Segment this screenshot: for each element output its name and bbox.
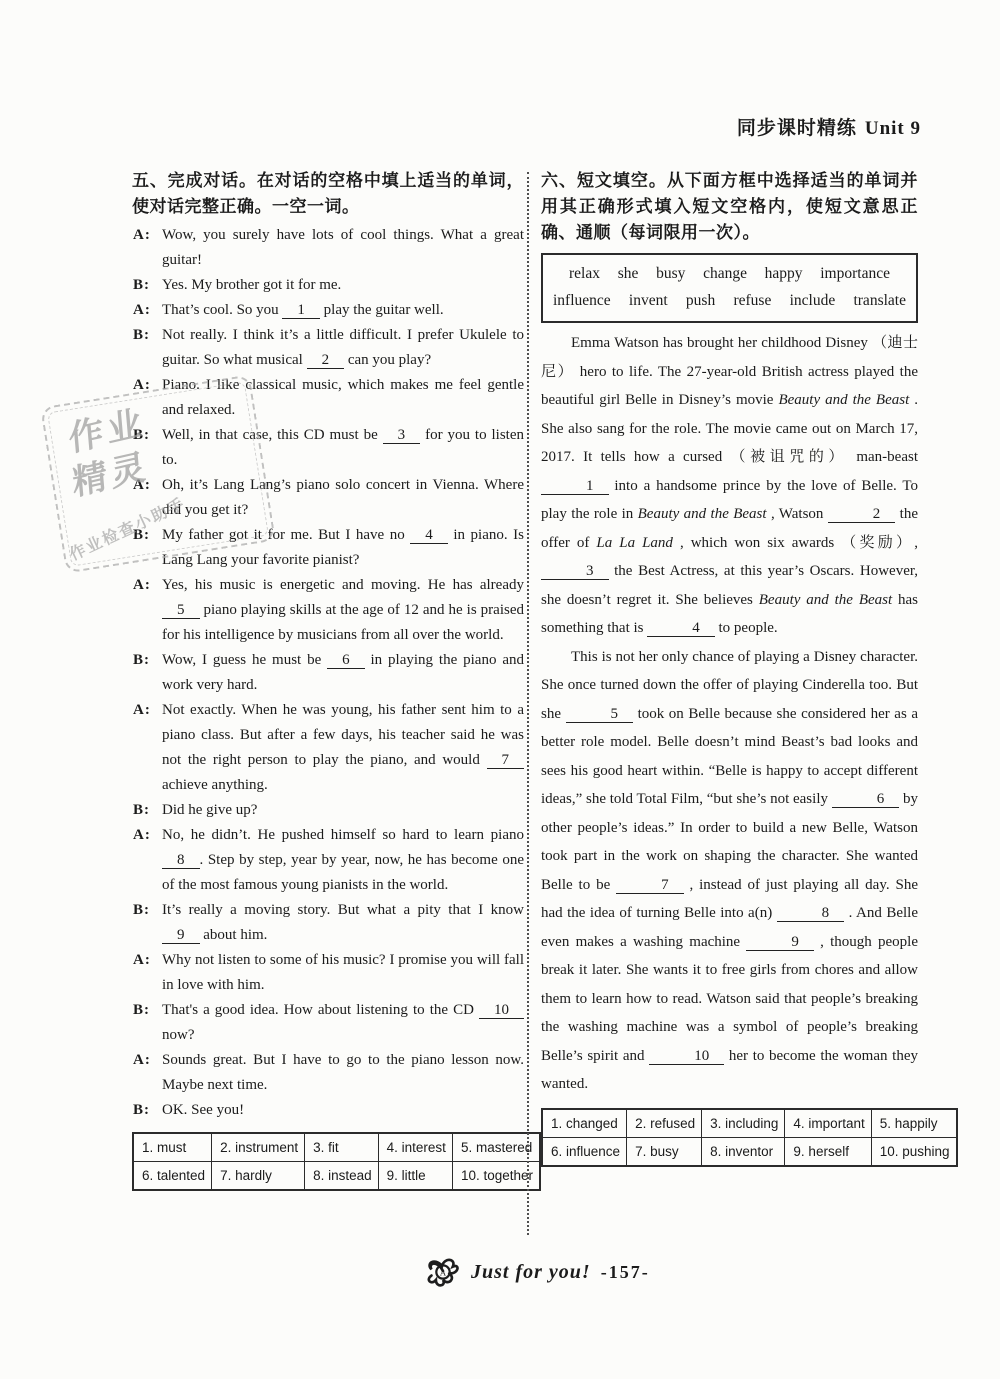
speaker-label: A: bbox=[133, 373, 151, 398]
blank-4: 4 bbox=[410, 527, 448, 544]
turn-text: Sounds great. But I have to go to the pi… bbox=[162, 1052, 524, 1093]
dialogue-turn: A:Not exactly. When he was young, his fa… bbox=[132, 698, 524, 798]
turn-text: Oh, it’s Lang Lang’s piano solo concert … bbox=[162, 477, 524, 518]
page-number: -157- bbox=[601, 1262, 650, 1283]
turn-text: OK. See you! bbox=[162, 1102, 244, 1118]
speaker-label: A: bbox=[133, 1048, 151, 1073]
blank-6: 6 bbox=[832, 791, 900, 808]
word-bank-word: happy bbox=[765, 260, 803, 287]
right-column: 六、短文填空。从下面方框中选择适当的单词并用其正确形式填入短文空格内，使短文意思… bbox=[541, 168, 918, 1167]
word-bank-word: influence bbox=[553, 287, 611, 314]
answer-cell: 3. including bbox=[702, 1109, 785, 1138]
dialogue-turn: B:Not really. I think it’s a little diff… bbox=[132, 323, 524, 373]
word-bank-word: refuse bbox=[733, 287, 771, 314]
dialogue-turn: A:Piano. I like classical music, which m… bbox=[132, 373, 524, 423]
header-series-label: 同步课时精练 bbox=[737, 118, 857, 139]
answer-cell: 8. instead bbox=[305, 1162, 379, 1191]
dialogue-turn: B:My father got it for me. But I have no… bbox=[132, 523, 524, 573]
turn-text: Did he give up? bbox=[162, 802, 257, 818]
section-title-six: 六、短文填空。从下面方框中选择适当的单词并用其正确形式填入短文空格内，使短文意思… bbox=[541, 168, 918, 246]
cloze-passage: Emma Watson has brought her childhood Di… bbox=[541, 329, 918, 1099]
speaker-label: B: bbox=[133, 273, 150, 298]
blank-2: 2 bbox=[307, 352, 345, 369]
answer-table-left: 1. must2. instrument3. fit4. interest5. … bbox=[132, 1132, 541, 1191]
turn-text: No, he didn’t. He pushed himself so hard… bbox=[162, 827, 524, 893]
blank-2: 2 bbox=[828, 506, 896, 523]
passage-paragraph: This is not her only chance of playing a… bbox=[541, 643, 918, 1099]
answer-cell: 6. influence bbox=[542, 1137, 627, 1166]
dialogue-turn: B:That's a good idea. How about listenin… bbox=[132, 998, 524, 1048]
answer-cell: 2. instrument bbox=[212, 1133, 305, 1162]
dialogue-turn: B:Did he give up? bbox=[132, 798, 524, 823]
dialogue-list: A:Wow, you surely have lots of cool thin… bbox=[132, 223, 524, 1123]
blank-5: 5 bbox=[566, 706, 634, 723]
dialogue-turn: A:No, he didn’t. He pushed himself so ha… bbox=[132, 823, 524, 898]
dialogue-turn: B:OK. See you! bbox=[132, 1098, 524, 1123]
footer-brand: Just for you! bbox=[471, 1261, 591, 1284]
answer-cell: 6. talented bbox=[133, 1162, 212, 1191]
column-divider bbox=[527, 172, 529, 1235]
section-title-five: 五、完成对话。在对话的空格中填上适当的单词，使对话完整正确。一空一词。 bbox=[132, 168, 524, 220]
answer-cell: 5. happily bbox=[871, 1109, 956, 1138]
blank-9: 9 bbox=[162, 927, 200, 944]
blank-10: 10 bbox=[479, 1002, 524, 1019]
speaker-label: A: bbox=[133, 223, 151, 248]
speaker-label: B: bbox=[133, 323, 150, 348]
italic-title: La La Land bbox=[596, 535, 673, 551]
word-bank-word: include bbox=[790, 287, 836, 314]
turn-text: That’s cool. So you 1 play the guitar we… bbox=[162, 302, 444, 318]
turn-text: Yes, his music is energetic and moving. … bbox=[162, 577, 524, 643]
italic-title: Beauty and the Beast bbox=[778, 392, 909, 408]
speaker-label: B: bbox=[133, 648, 150, 673]
dialogue-turn: B:Wow, I guess he must be 6 in playing t… bbox=[132, 648, 524, 698]
turn-text: Not really. I think it’s a little diffic… bbox=[162, 327, 524, 368]
publisher-logo-icon: A bbox=[425, 1256, 461, 1288]
speaker-label: B: bbox=[133, 998, 150, 1023]
answer-table-right: 1. changed2. refused3. including4. impor… bbox=[541, 1108, 958, 1167]
answer-cell: 4. important bbox=[785, 1109, 871, 1138]
blank-7: 7 bbox=[487, 752, 525, 769]
speaker-label: B: bbox=[133, 1098, 150, 1123]
blank-6: 6 bbox=[327, 652, 365, 669]
svg-text:A: A bbox=[440, 1268, 447, 1278]
speaker-label: A: bbox=[133, 573, 151, 598]
turn-text: Piano. I like classical music, which mak… bbox=[162, 377, 524, 418]
answer-cell: 10. pushing bbox=[871, 1137, 956, 1166]
answer-cell: 7. busy bbox=[627, 1137, 702, 1166]
dialogue-turn: B:Yes. My brother got it for me. bbox=[132, 273, 524, 298]
blank-5: 5 bbox=[162, 602, 200, 619]
passage-paragraph: Emma Watson has brought her childhood Di… bbox=[541, 329, 918, 643]
dialogue-turn: A:Oh, it’s Lang Lang’s piano solo concer… bbox=[132, 473, 524, 523]
word-bank-word: relax bbox=[569, 260, 600, 287]
answer-cell: 7. hardly bbox=[212, 1162, 305, 1191]
answer-cell: 1. must bbox=[133, 1133, 212, 1162]
turn-text: Yes. My brother got it for me. bbox=[162, 277, 341, 293]
word-bank-row: influenceinventpushrefuseincludetranslat… bbox=[553, 287, 906, 314]
word-bank-word: translate bbox=[853, 287, 906, 314]
answer-row: 6. influence7. busy8. inventor9. herself… bbox=[542, 1137, 957, 1166]
word-bank-word: change bbox=[703, 260, 747, 287]
blank-8: 8 bbox=[162, 852, 200, 869]
turn-text: It’s really a moving story. But what a p… bbox=[162, 902, 524, 943]
dialogue-turn: B:Well, in that case, this CD must be 3 … bbox=[132, 423, 524, 473]
blank-10: 10 bbox=[649, 1048, 724, 1065]
header-unit-label: Unit 9 bbox=[865, 118, 921, 139]
speaker-label: A: bbox=[133, 948, 151, 973]
word-bank-word: push bbox=[686, 287, 715, 314]
blank-4: 4 bbox=[647, 620, 715, 637]
word-bank-word: she bbox=[618, 260, 639, 287]
turn-text: Wow, you surely have lots of cool things… bbox=[162, 227, 524, 268]
answer-cell: 4. interest bbox=[378, 1133, 452, 1162]
answer-row: 6. talented7. hardly8. instead9. little1… bbox=[133, 1162, 540, 1191]
turn-text: Why not listen to some of his music? I p… bbox=[162, 952, 524, 993]
turn-text: That's a good idea. How about listening … bbox=[162, 1002, 524, 1043]
page-header: 同步课时精练Unit 9 bbox=[737, 113, 921, 140]
speaker-label: A: bbox=[133, 298, 151, 323]
workbook-page: 同步课时精练Unit 9 五、完成对话。在对话的空格中填上适当的单词，使对话完整… bbox=[0, 0, 1000, 1379]
blank-1: 1 bbox=[282, 302, 320, 319]
answer-cell: 2. refused bbox=[627, 1109, 702, 1138]
dialogue-turn: A:That’s cool. So you 1 play the guitar … bbox=[132, 298, 524, 323]
answer-cell: 1. changed bbox=[542, 1109, 627, 1138]
speaker-label: B: bbox=[133, 798, 150, 823]
blank-7: 7 bbox=[616, 877, 684, 894]
speaker-label: B: bbox=[133, 423, 150, 448]
speaker-label: A: bbox=[133, 473, 151, 498]
turn-text: Wow, I guess he must be 6 in playing the… bbox=[162, 652, 524, 693]
italic-title: Beauty and the Beast bbox=[759, 592, 892, 608]
blank-3: 3 bbox=[383, 427, 421, 444]
turn-text: Well, in that case, this CD must be 3 fo… bbox=[162, 427, 524, 468]
speaker-label: B: bbox=[133, 898, 150, 923]
dialogue-turn: A:Why not listen to some of his music? I… bbox=[132, 948, 524, 998]
word-bank-box: relaxshebusychangehappyimportanceinfluen… bbox=[541, 253, 918, 323]
left-column: 五、完成对话。在对话的空格中填上适当的单词，使对话完整正确。一空一词。 A:Wo… bbox=[132, 168, 524, 1191]
speaker-label: A: bbox=[133, 823, 151, 848]
italic-title: Beauty and the Beast bbox=[638, 506, 767, 522]
blank-9: 9 bbox=[746, 934, 814, 951]
answer-cell: 3. fit bbox=[305, 1133, 379, 1162]
word-bank-word: busy bbox=[656, 260, 685, 287]
blank-3: 3 bbox=[541, 563, 609, 580]
answer-cell: 9. herself bbox=[785, 1137, 871, 1166]
answer-row: 1. changed2. refused3. including4. impor… bbox=[542, 1109, 957, 1138]
blank-1: 1 bbox=[541, 478, 609, 495]
answer-cell: 8. inventor bbox=[702, 1137, 785, 1166]
blank-8: 8 bbox=[777, 905, 845, 922]
word-bank-row: relaxshebusychangehappyimportance bbox=[553, 260, 906, 287]
answer-cell: 9. little bbox=[378, 1162, 452, 1191]
page-footer: A Just for you! -157- bbox=[425, 1256, 650, 1288]
dialogue-turn: A:Yes, his music is energetic and moving… bbox=[132, 573, 524, 648]
word-bank-word: invent bbox=[629, 287, 668, 314]
speaker-label: B: bbox=[133, 523, 150, 548]
dialogue-turn: B:It’s really a moving story. But what a… bbox=[132, 898, 524, 948]
word-bank-word: importance bbox=[820, 260, 890, 287]
dialogue-turn: A:Wow, you surely have lots of cool thin… bbox=[132, 223, 524, 273]
speaker-label: A: bbox=[133, 698, 151, 723]
turn-text: Not exactly. When he was young, his fath… bbox=[162, 702, 524, 793]
answer-row: 1. must2. instrument3. fit4. interest5. … bbox=[133, 1133, 540, 1162]
dialogue-turn: A:Sounds great. But I have to go to the … bbox=[132, 1048, 524, 1098]
turn-text: My father got it for me. But I have no 4… bbox=[162, 527, 524, 568]
